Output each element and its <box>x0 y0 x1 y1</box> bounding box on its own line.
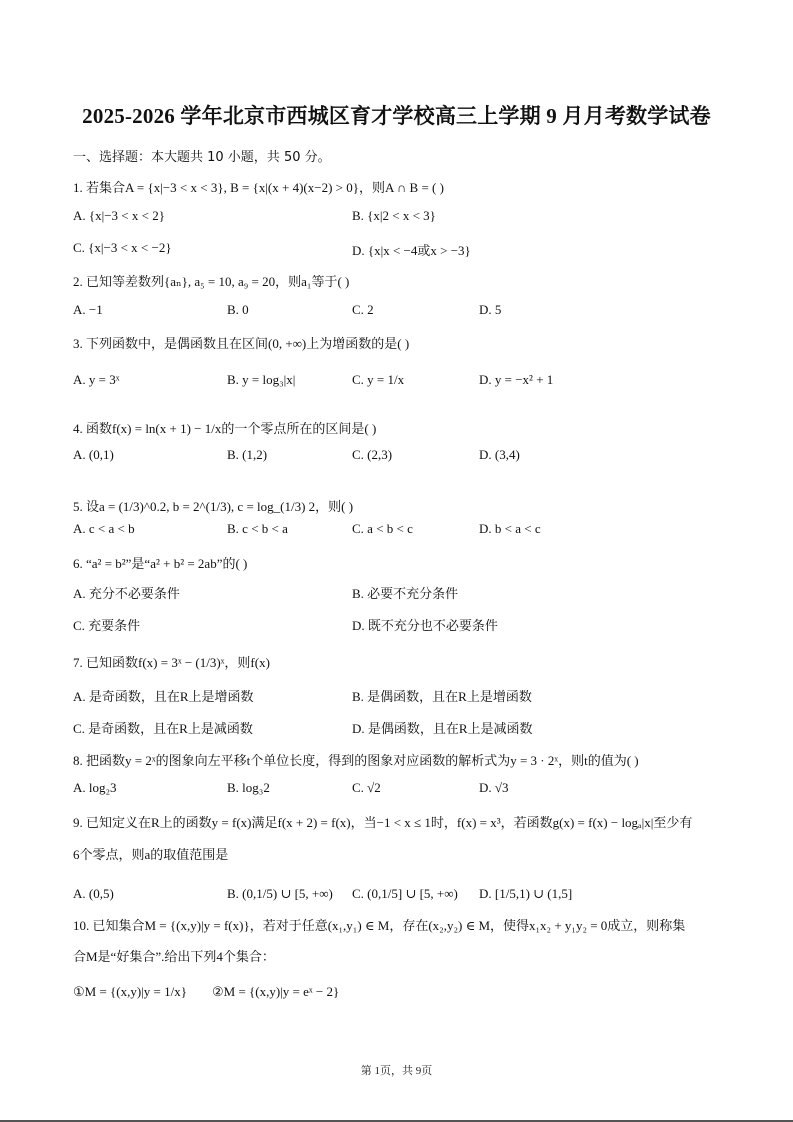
question-6: 6. “a² = b²”是“a² + b² = 2ab”的( ) <box>73 553 247 572</box>
question-9-cont: 6个零点，则a的取值范围是 <box>73 844 228 863</box>
q6-option-b: B. 必要不充分条件 <box>352 583 458 602</box>
q3-option-d: D. y = −x² + 1 <box>479 372 553 388</box>
q8-option-c: C. √2 <box>352 780 381 796</box>
q2-option-d: D. 5 <box>479 302 501 318</box>
question-1: 1. 若集合A = {x|−3 < x < 3}, B = {x|(x + 4)… <box>73 177 444 196</box>
q7-option-d: D. 是偶函数，且在R上是减函数 <box>352 718 533 737</box>
q5-option-a: A. c < a < b <box>73 521 135 537</box>
q9-option-b: B. (0,1/5) ∪ [5, +∞) <box>227 886 333 902</box>
q2-option-c: C. 2 <box>352 302 374 318</box>
question-10-cont: 合M是“好集合”.给出下列4个集合： <box>73 946 275 965</box>
page-title: 2025-2026 学年北京市西城区育才学校高三上学期 9 月月考数学试卷 <box>0 100 793 130</box>
q1-option-c: C. {x|−3 < x < −2} <box>73 240 172 256</box>
q1-option-a: A. {x|−3 < x < 2} <box>73 208 165 224</box>
q5-option-b: B. c < b < a <box>227 521 288 537</box>
question-4: 4. 函数f(x) = ln(x + 1) − 1/x的一个零点所在的区间是( … <box>73 418 376 437</box>
question-3: 3. 下列函数中，是偶函数且在区间(0, +∞)上为增函数的是( ) <box>73 333 409 352</box>
q3-option-c: C. y = 1/x <box>352 372 404 388</box>
q8-option-d: D. √3 <box>479 780 509 796</box>
q6-option-a: A. 充分不必要条件 <box>73 583 180 602</box>
q5-option-d: D. b < a < c <box>479 521 541 537</box>
q8-option-a: A. log₂3 <box>73 780 117 796</box>
q4-option-b: B. (1,2) <box>227 447 267 463</box>
question-7: 7. 已知函数f(x) = 3ˣ − (1/3)ˣ，则f(x) <box>73 652 270 671</box>
q1-option-d: D. {x|x < −4或x > −3} <box>352 240 471 259</box>
q10-item-1: ①M = {(x,y)|y = 1/x} <box>73 984 187 1000</box>
question-10: 10. 已知集合M = {(x,y)|y = f(x)}，若对于任意(x₁,y₁… <box>73 915 685 934</box>
q7-option-c: C. 是奇函数，且在R上是减函数 <box>73 718 253 737</box>
q2-option-b: B. 0 <box>227 302 249 318</box>
q9-option-d: D. [1/5,1) ∪ (1,5] <box>479 886 572 902</box>
q4-option-d: D. (3,4) <box>479 447 520 463</box>
q4-option-c: C. (2,3) <box>352 447 392 463</box>
question-2: 2. 已知等差数列{aₙ}, a₅ = 10, a₉ = 20，则a₁等于( ) <box>73 271 349 290</box>
question-9: 9. 已知定义在R上的函数y = f(x)满足f(x + 2) = f(x)，当… <box>73 812 692 831</box>
q4-option-a: A. (0,1) <box>73 447 114 463</box>
q5-option-c: C. a < b < c <box>352 521 413 537</box>
q6-option-c: C. 充要条件 <box>73 615 140 634</box>
q1-option-b: B. {x|2 < x < 3} <box>352 208 436 224</box>
page-footer: 第 1页，共 9页 <box>0 1062 793 1078</box>
section-heading: 一、选择题：本大题共 10 小题，共 50 分。 <box>73 146 331 165</box>
q9-option-a: A. (0,5) <box>73 886 114 902</box>
q6-option-d: D. 既不充分也不必要条件 <box>352 615 498 634</box>
q8-option-b: B. log₃2 <box>227 780 270 796</box>
q7-option-a: A. 是奇函数，且在R上是增函数 <box>73 686 254 705</box>
q3-option-a: A. y = 3ˣ <box>73 372 119 388</box>
question-5: 5. 设a = (1/3)^0.2, b = 2^(1/3), c = log_… <box>73 496 353 515</box>
q3-option-b: B. y = log₃|x| <box>227 372 295 388</box>
question-8: 8. 把函数y = 2ˣ的图象向左平移t个单位长度，得到的图象对应函数的解析式为… <box>73 750 639 769</box>
q7-option-b: B. 是偶函数，且在R上是增函数 <box>352 686 532 705</box>
q10-item-2: ②M = {(x,y)|y = eˣ − 2} <box>212 984 339 1000</box>
q9-option-c: C. (0,1/5] ∪ [5, +∞) <box>352 886 458 902</box>
q2-option-a: A. −1 <box>73 302 103 318</box>
